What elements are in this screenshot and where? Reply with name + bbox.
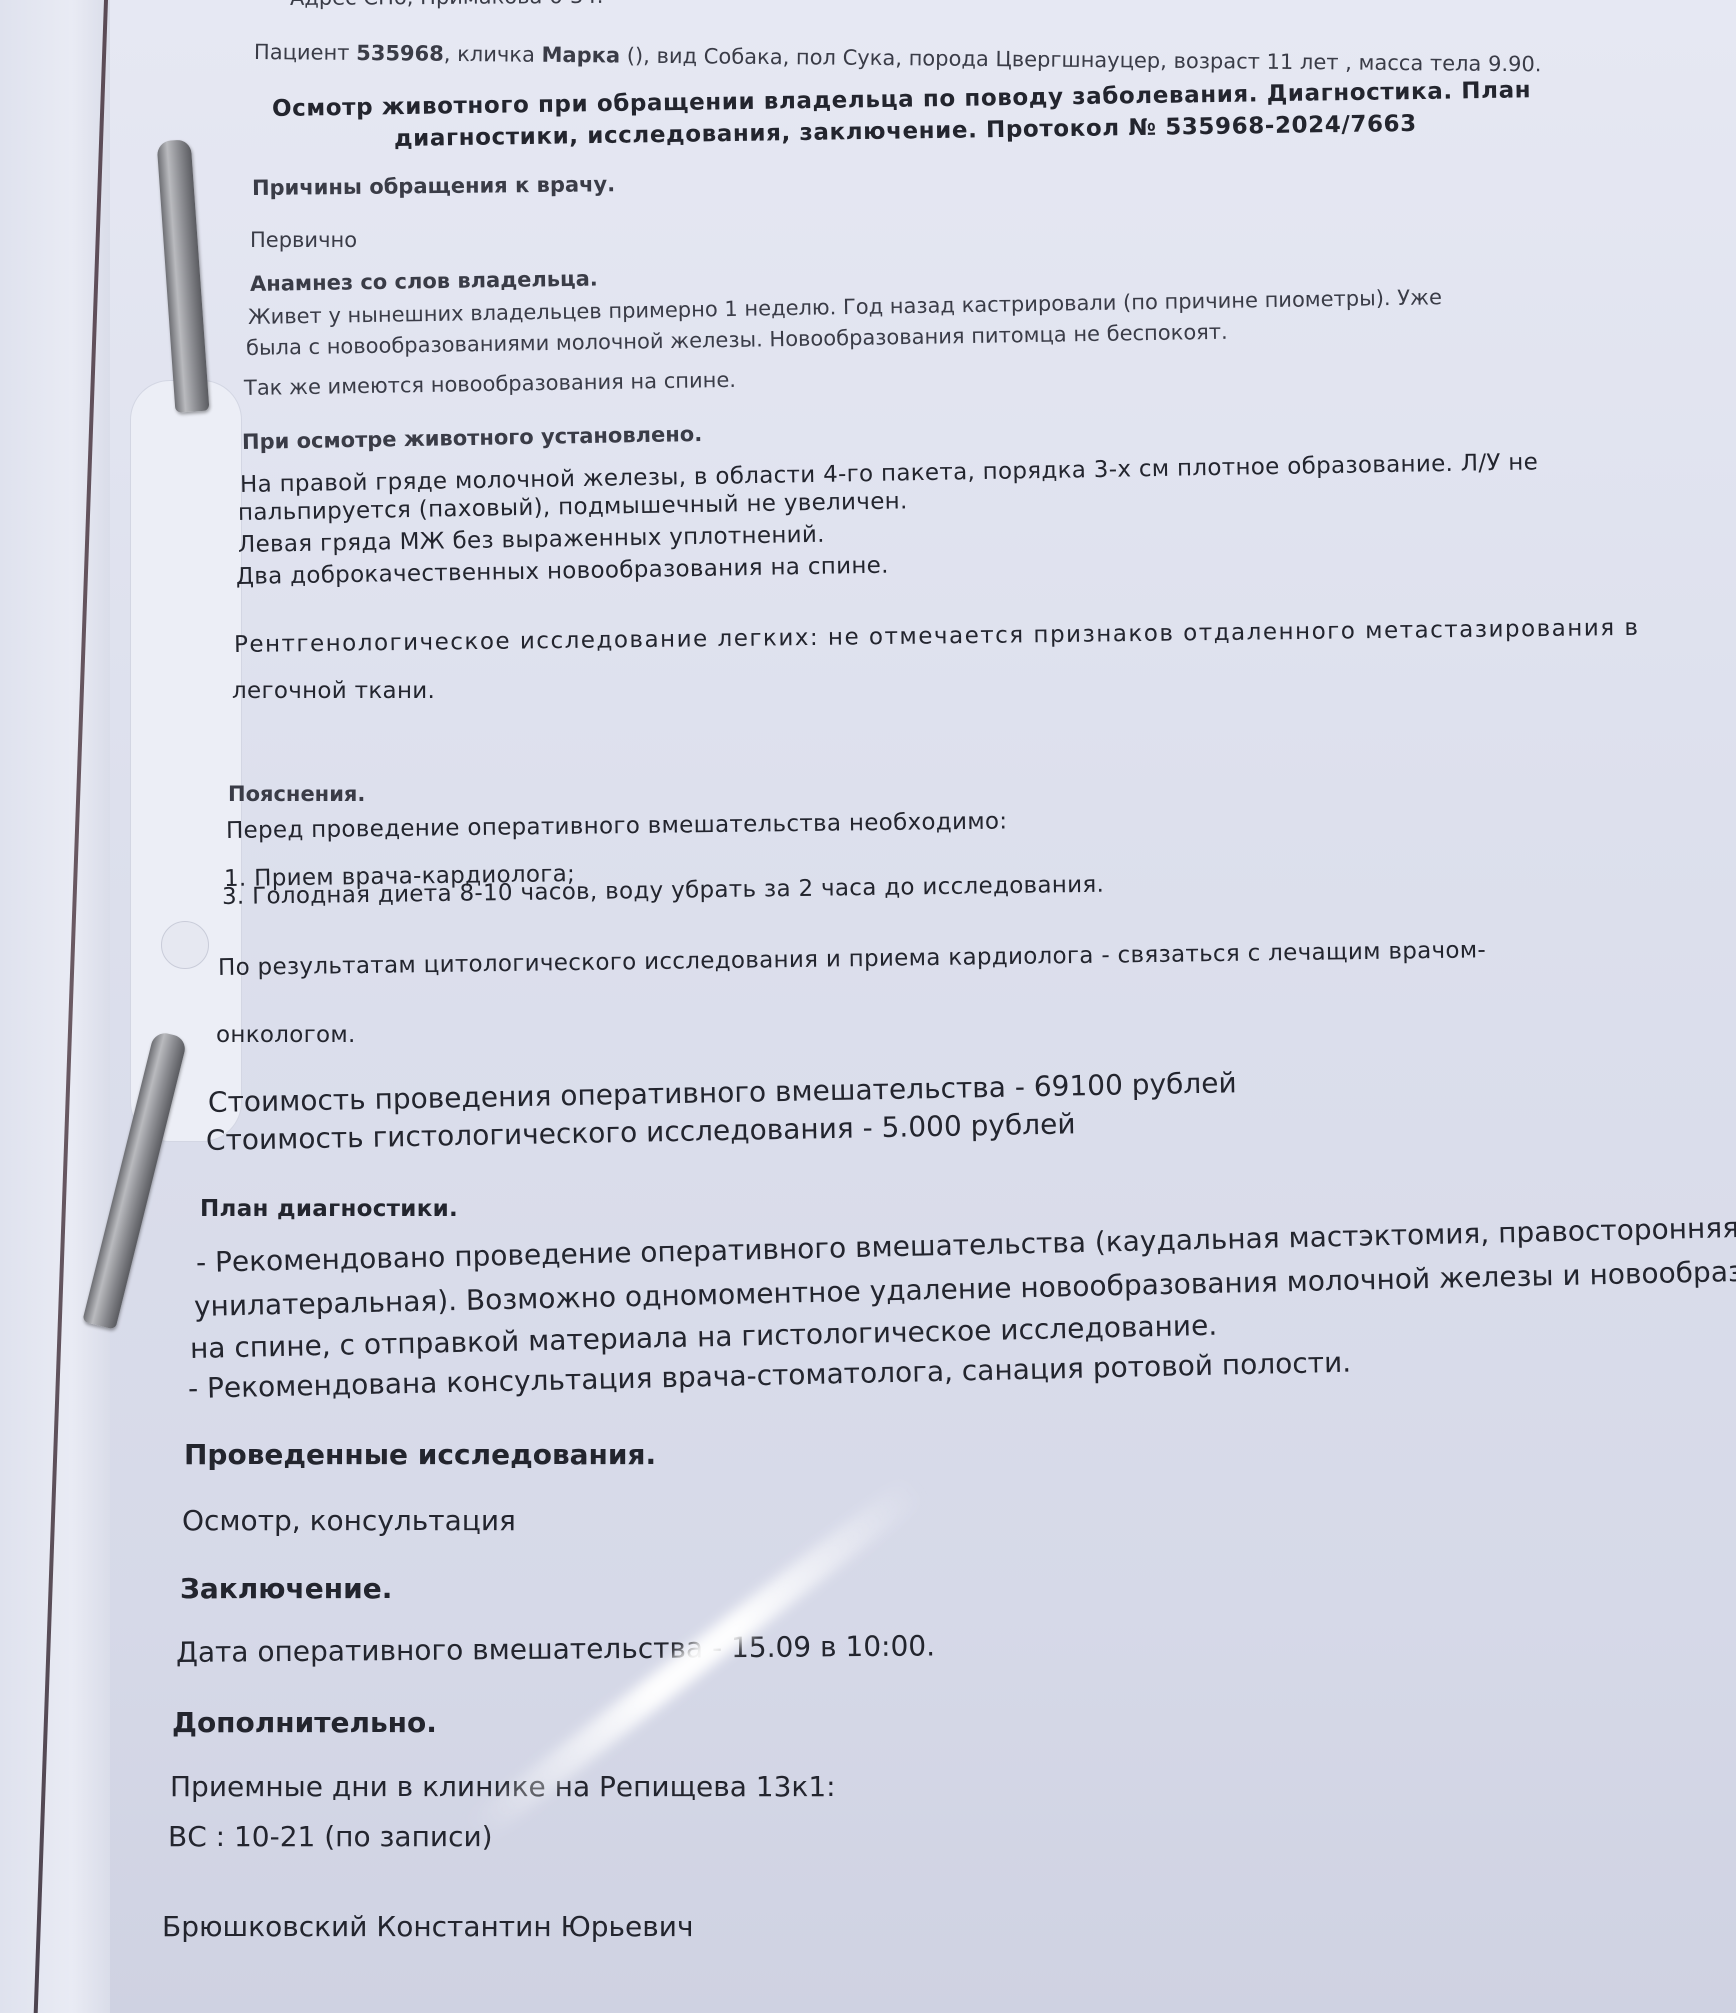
- folder-cover: [0, 0, 120, 2013]
- patient-name: Марка: [541, 43, 620, 68]
- reasons-text: Первично: [250, 228, 357, 252]
- reasons-heading: Причины обращения к врачу.: [252, 172, 615, 200]
- notes-heading: Пояснения.: [228, 782, 365, 806]
- conclusion-heading: Заключение.: [180, 1572, 392, 1605]
- xray-line-2: легочной ткани.: [232, 678, 435, 704]
- followup-line-2: онкологом.: [216, 1022, 356, 1048]
- doctor-signature: Брюшковский Константин Юрьевич: [162, 1910, 694, 1943]
- punch-hole: [161, 921, 209, 969]
- additional-heading: Дополнительно.: [172, 1706, 437, 1739]
- plan-heading: План диагностики.: [200, 1196, 458, 1222]
- conclusion-text: Дата оперативного вмешательства - 15.09 …: [176, 1629, 935, 1669]
- studies-text: Осмотр, консультация: [182, 1504, 516, 1537]
- studies-heading: Проведенные исследования.: [184, 1438, 656, 1471]
- additional-line-2: ВС : 10-21 (по записи): [168, 1820, 493, 1853]
- patient-id: 535968: [356, 41, 444, 66]
